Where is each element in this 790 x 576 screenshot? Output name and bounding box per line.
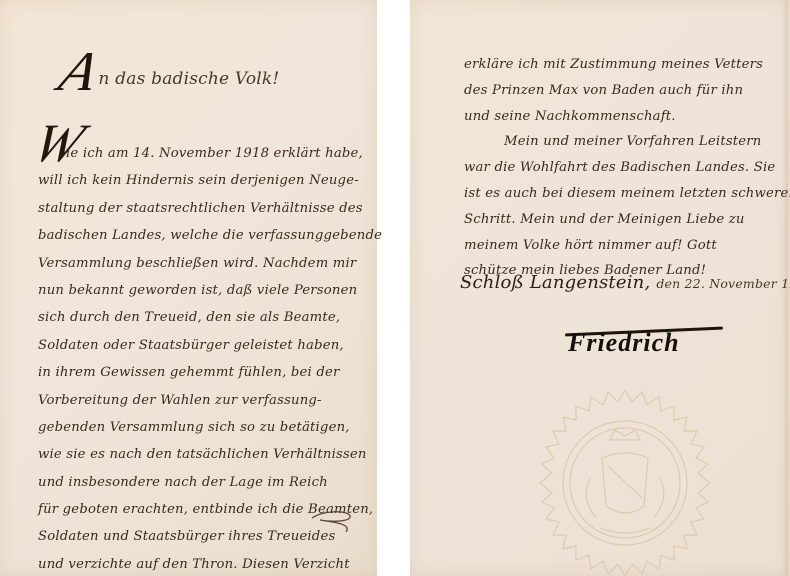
text-line: und seine Nachkommenschaft. <box>464 104 790 130</box>
flourish-ornament-icon <box>310 508 356 534</box>
text-line: und verzichte auf den Thron. Diesen Verz… <box>38 551 382 576</box>
text-line: des Prinzen Max von Baden auch für ihn <box>464 78 790 104</box>
text-line: will ich kein Hindernis sein derjenigen … <box>38 167 382 194</box>
place-and-date: Schloß Langenstein, den 22. November 191… <box>460 272 790 293</box>
text-line: Versammlung beschließen wird. Nachdem mi… <box>38 250 382 277</box>
text-line: badischen Landes, welche die verfassungg… <box>38 222 382 249</box>
text-line: meinem Volke hört nimmer auf! Gott <box>464 233 790 259</box>
text-line: in ihrem Gewissen gehemmt fühlen, bei de… <box>38 359 382 386</box>
text-line: gebenden Versammlung sich so zu betätige… <box>38 414 382 441</box>
date-text: den 22. November 1918. <box>656 276 790 291</box>
text-line: nun bekannt geworden ist, daß viele Pers… <box>38 277 382 304</box>
right-page-body: erkläre ich mit Zustimmung meines Vetter… <box>464 52 790 284</box>
text-line: ie ich am 14. November 1918 erklärt habe… <box>38 140 382 167</box>
place-name: Schloß Langenstein, <box>460 272 650 293</box>
text-line: erkläre ich mit Zustimmung meines Vetter… <box>464 52 790 78</box>
salutation-heading: An das badische Volk! <box>62 40 279 104</box>
embossed-seal-icon <box>530 388 720 576</box>
text-line: ist es auch bei diesem meinem letzten sc… <box>464 181 790 207</box>
text-line: war die Wohlfahrt des Badischen Landes. … <box>464 155 790 181</box>
heading-text: n das badische Volk! <box>98 69 279 89</box>
text-line: Vorbereitung der Wahlen zur verfassung- <box>38 387 382 414</box>
signature: Friedrich <box>568 328 680 358</box>
text-line: sich durch den Treueid, den sie als Beam… <box>38 304 382 331</box>
text-line: staltung der staatsrechtlichen Verhältni… <box>38 195 382 222</box>
text-line: Schritt. Mein und der Meinigen Liebe zu <box>464 207 790 233</box>
text-line: wie sie es nach den tatsächlichen Verhäl… <box>38 441 382 468</box>
text-line: Soldaten oder Staatsbürger geleistet hab… <box>38 332 382 359</box>
text-line: und insbesondere nach der Lage im Reich <box>38 469 382 496</box>
text-line: Mein und meiner Vorfahren Leitstern <box>464 129 790 155</box>
